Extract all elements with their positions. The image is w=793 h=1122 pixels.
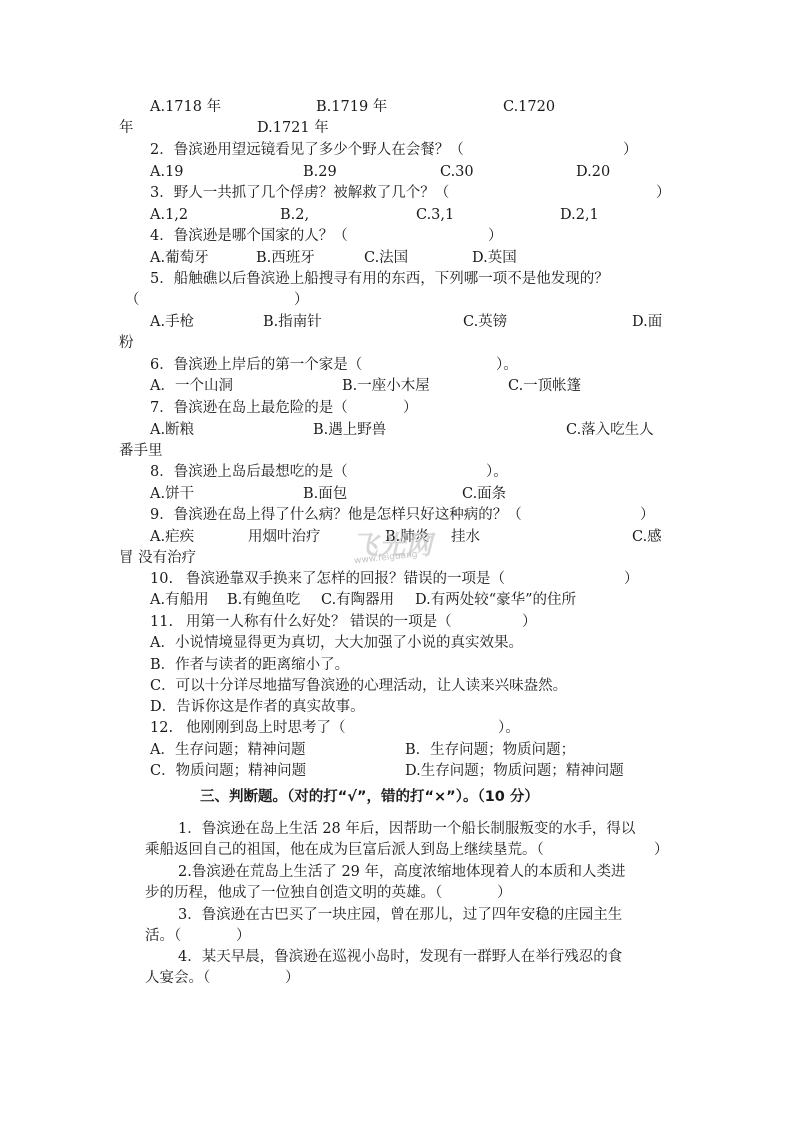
watermark-url: www.feiguang <box>354 550 418 567</box>
tf-item-3-line2: 活。（ <box>145 926 181 946</box>
q12-option-d: D.生存问题；物质问题；精神问题 <box>405 761 624 781</box>
question-3-text: 3．野人一共抓了几个俘虏？被解救了几个？（ <box>150 183 449 203</box>
q6-option-c: C.一顶帐篷 <box>508 376 581 396</box>
tf-item-1-line1: 1．鲁滨逊在岛上生活 28 年后，因帮助一个船长制服叛变的水手，得以 <box>178 819 635 839</box>
answer-blank-close: ） <box>236 926 251 946</box>
q11-option-b: B．作者与读者的距离缩小了。 <box>150 655 349 675</box>
answer-blank-open: （ <box>125 290 140 310</box>
tf-item-4-line2: 人宴会。（ <box>145 968 210 988</box>
q4-option-d: D.英国 <box>472 248 517 268</box>
q1-option-d: D.1721 年 <box>257 118 329 138</box>
question-8-text: 8．鲁滨逊上岛后最想吃的是（ <box>150 462 348 482</box>
answer-blank-close: ） <box>285 968 300 988</box>
question-5-text: 5．船触礁以后鲁滨逊上船搜寻有用的东西，下列哪一项不是他发现的？ <box>150 269 609 289</box>
q12-option-c: C．物质问题；精神问题 <box>150 761 306 781</box>
tf-item-3-line1: 3．鲁滨逊在古巴买了一块庄园，曾在那儿，过了四年安稳的庄园主生 <box>178 905 622 925</box>
answer-blank-close: ） <box>294 290 309 310</box>
q7-option-c: C.落入吃生人 <box>566 420 654 440</box>
answer-blank-close: ） <box>522 612 537 632</box>
tf-item-1-line2: 乘船返回自己的祖国，他在成为巨富后派人到岛上继续垦荒。（ <box>145 840 544 860</box>
answer-blank-close: ） <box>403 398 418 418</box>
q5-option-c: C.英镑 <box>463 312 507 332</box>
q8-option-b: B.面包 <box>303 484 347 504</box>
q3-option-b: B.2, <box>280 205 309 225</box>
answer-blank-close: ）。 <box>498 718 520 738</box>
q9-option-c-wrap: 冒 没有治疗 <box>119 548 196 568</box>
q9-option-a-treatment: 用烟叶治疗 <box>248 527 321 547</box>
q2-option-d: D.20 <box>576 162 610 182</box>
q1-option-a: A.1718 年 <box>150 97 221 117</box>
q2-option-c: C.30 <box>440 162 474 182</box>
q12-option-a: A．生存问题；精神问题 <box>150 740 305 760</box>
question-6-text: 6．鲁滨逊上岸后的第一个家是（ <box>150 355 362 375</box>
answer-blank-close: ） <box>654 840 669 860</box>
q5-option-b: B.指南针 <box>263 312 322 332</box>
q2-option-b: B.29 <box>303 162 337 182</box>
q4-option-c: C.法国 <box>364 248 408 268</box>
question-9-text: 9．鲁滨逊在岛上得了什么病？他是怎样只好这种病的？（ <box>150 505 522 525</box>
q1-option-c: C.1720 <box>503 97 555 117</box>
q1-option-c-wrap: 年 <box>119 118 134 138</box>
q11-option-d: D．告诉你这是作者的真实故事。 <box>150 697 365 717</box>
q9-option-b: B.肺炎 <box>385 527 429 547</box>
q10-option-c: C.有陶器用 <box>321 590 394 610</box>
q4-option-a: A.葡萄牙 <box>150 248 209 268</box>
q10-option-b: B.有鲍鱼吃 <box>227 590 300 610</box>
q7-option-b: B.遇上野兽 <box>313 420 386 440</box>
answer-blank-close: ） <box>640 505 655 525</box>
question-10-text: 鲁滨逊靠双手换来了怎样的回报？错误的一项是（ <box>186 569 505 589</box>
q1-option-b: B.1719 年 <box>316 97 387 117</box>
question-7-text: 7．鲁滨逊在岛上最危险的是（ <box>150 398 348 418</box>
q5-option-a: A.手枪 <box>150 312 194 332</box>
question-4-text: 4．鲁滨逊是哪个国家的人？（ <box>150 226 348 246</box>
question-12-text: 他刚刚到岛上时思考了（ <box>186 718 346 738</box>
tf-item-4-line1: 4．某天早晨，鲁滨逊在巡视小岛时，发现有一群野人在举行残忍的食 <box>178 947 622 967</box>
question-12-number: 12. <box>150 718 173 738</box>
q2-option-a: A.19 <box>150 162 184 182</box>
answer-blank-close: ）。 <box>496 355 518 375</box>
q6-option-a: A．一个山洞 <box>150 376 233 396</box>
q4-option-b: B.西班牙 <box>256 248 315 268</box>
answer-blank-close: ） <box>497 883 512 903</box>
q10-option-a: A.有船用 <box>150 590 209 610</box>
q9-option-c: C.感 <box>632 527 662 547</box>
q10-option-d: D.有两处较“豪华”的住所 <box>415 590 576 610</box>
answer-blank-close: ） <box>623 140 638 160</box>
answer-blank-close: ）。 <box>486 462 508 482</box>
q3-option-c: C.3,1 <box>416 205 454 225</box>
q8-option-a: A.饼干 <box>150 484 194 504</box>
q11-option-c: C．可以十分详尽地描写鲁滨逊的心理活动，让人读来兴味盎然。 <box>150 676 567 696</box>
q8-option-c: C.面条 <box>462 484 506 504</box>
answer-blank-close: ） <box>656 183 671 203</box>
q5-option-d-wrap: 粉 <box>119 333 134 353</box>
exam-page: A.1718 年 B.1719 年 C.1720 年 D.1721 年 2．鲁滨… <box>0 0 793 1122</box>
q3-option-a: A.1,2 <box>150 205 188 225</box>
q11-option-a: A．小说情境显得更为真切，大大加强了小说的真实效果。 <box>150 633 523 653</box>
q12-option-b: B．生存问题；物质问题； <box>405 740 575 760</box>
tf-item-2-line2: 步的历程，他成了一位独自创造文明的英雄。（ <box>145 883 442 903</box>
q7-option-a: A.断粮 <box>150 420 194 440</box>
q3-option-d: D.2,1 <box>560 205 599 225</box>
question-10-number: 10. <box>150 569 173 589</box>
q6-option-b: B.一座小木屋 <box>342 376 430 396</box>
question-11-number: 11. <box>150 612 173 632</box>
q5-option-d: D.面 <box>632 312 662 332</box>
answer-blank-close: ） <box>488 226 503 246</box>
question-2-text: 2．鲁滨逊用望远镜看见了多少个野人在会餐？（ <box>150 140 464 160</box>
answer-blank-close: ） <box>624 569 639 589</box>
tf-item-2-line1: 2.鲁滨逊在荒岛上生活了 29 年，高度浓缩地体现着人的本质和人类进 <box>178 862 626 882</box>
question-11-text: 用第一人称有什么好处？ 错误的一项是（ <box>186 612 452 632</box>
q9-option-a: A.疟疾 <box>150 527 194 547</box>
q7-option-c-wrap: 番手里 <box>119 441 163 461</box>
q9-option-b-treatment: 挂水 <box>451 527 480 547</box>
section-heading-true-false: 三、判断题。（对的打“√”，错的打“×”）。（10 分） <box>200 787 539 807</box>
